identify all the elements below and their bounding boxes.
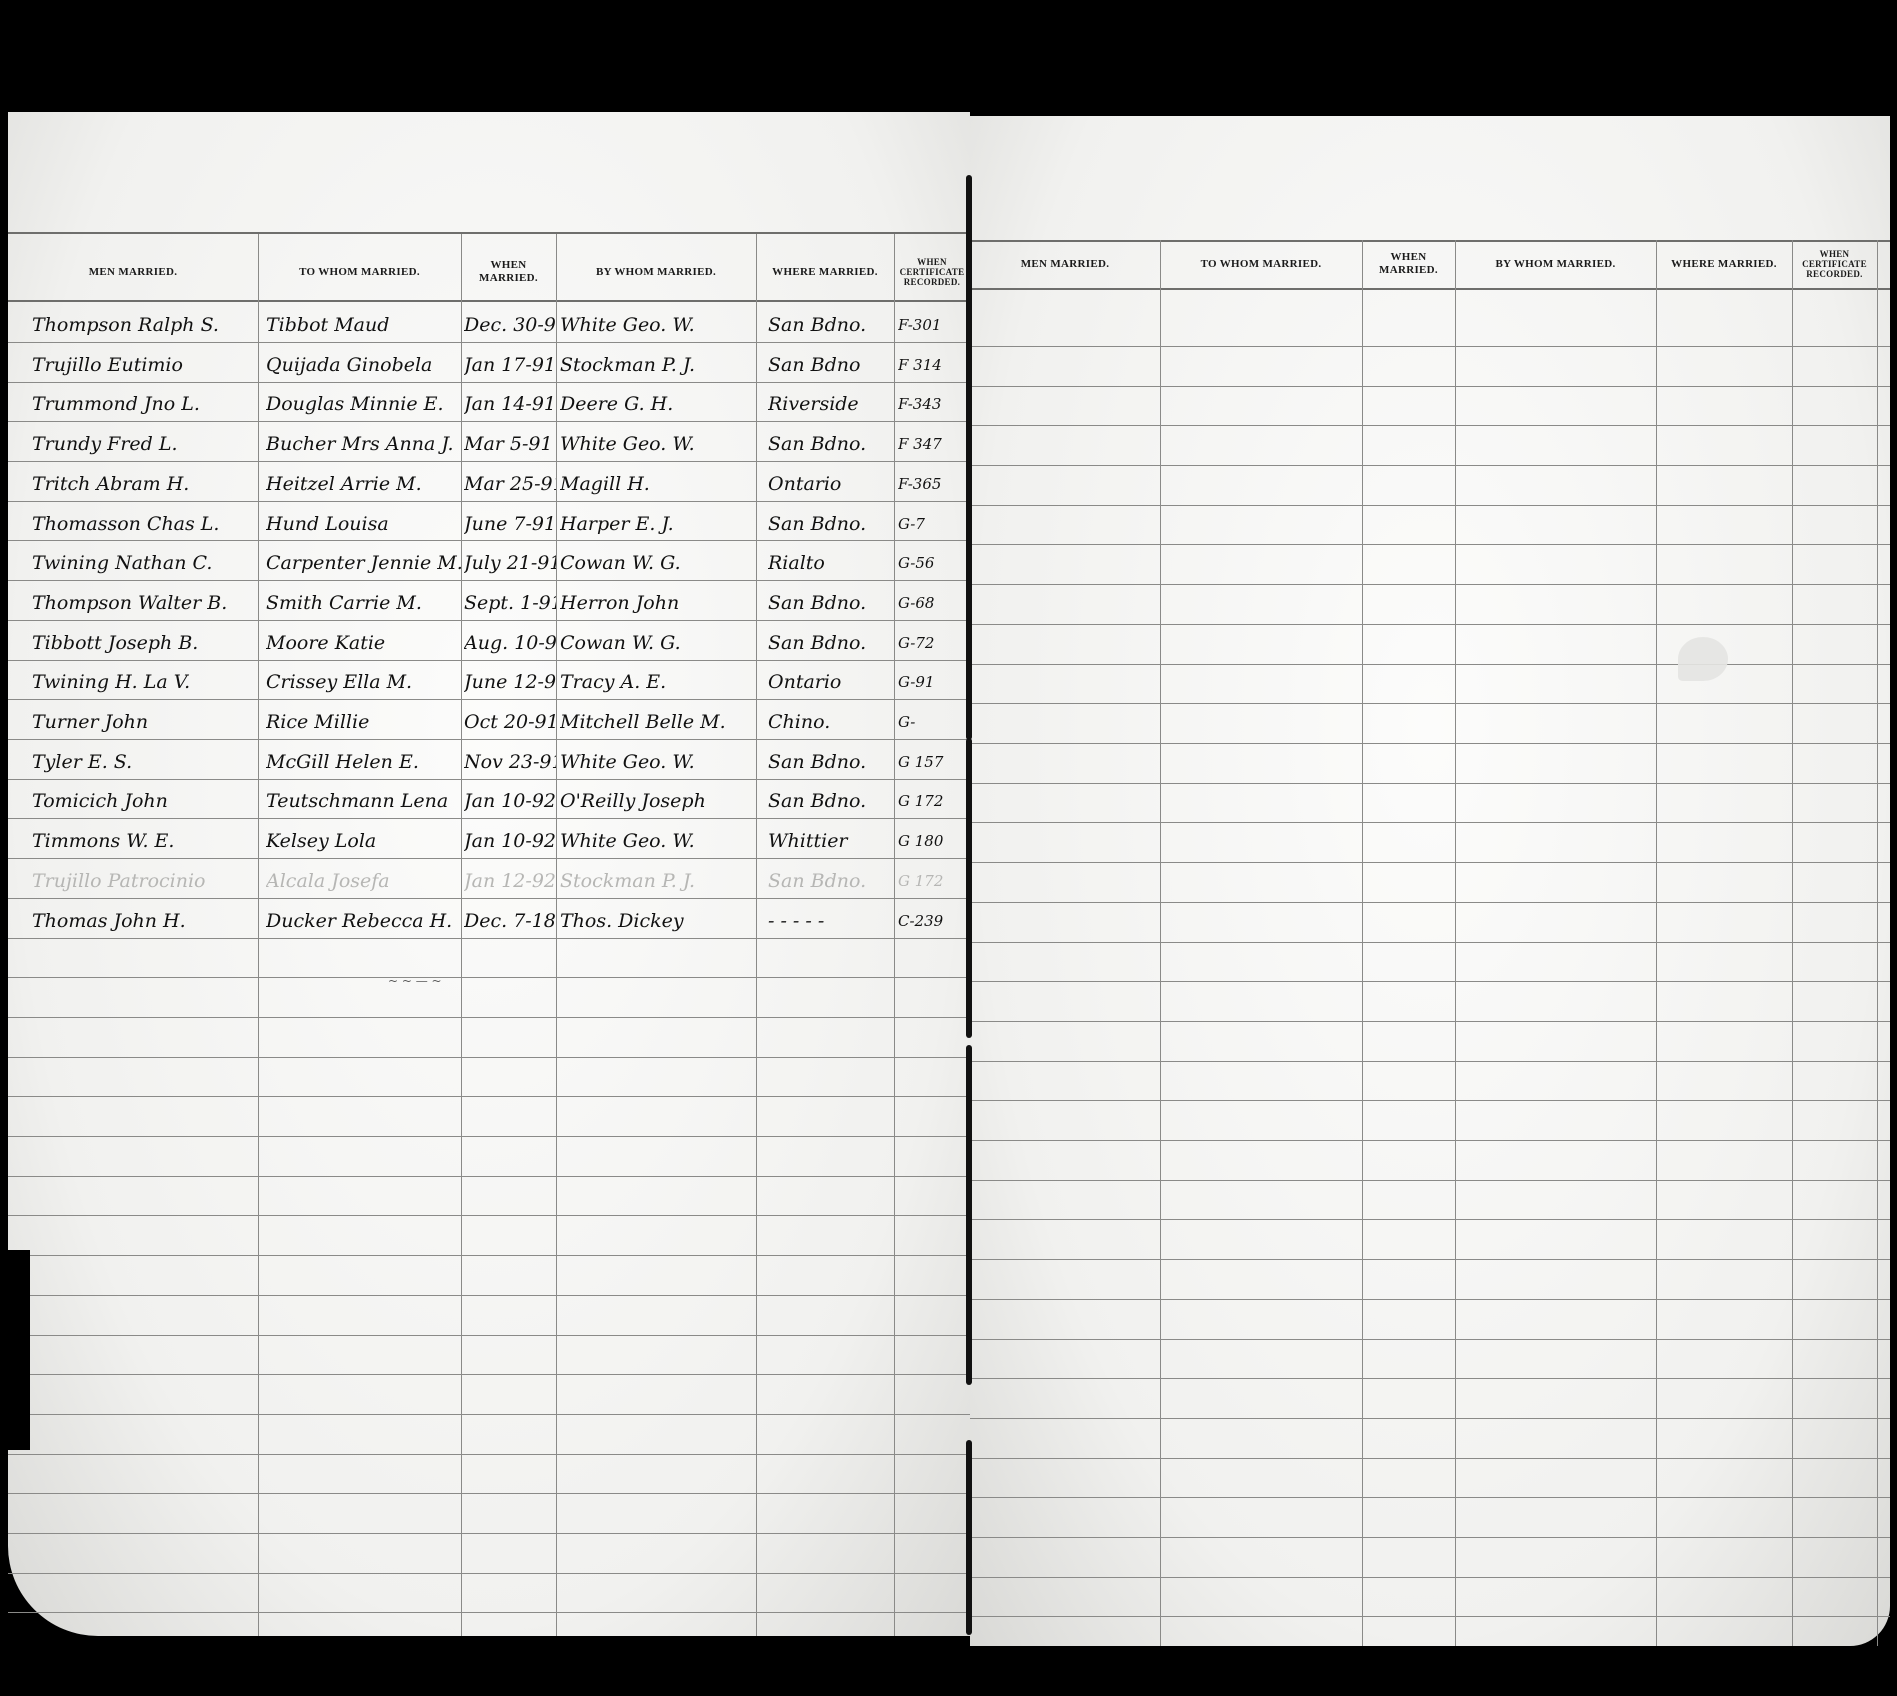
cell-where: Whittier	[768, 821, 894, 861]
cell-men: Thompson Walter B.	[32, 583, 258, 623]
cell-where: Chino.	[768, 702, 894, 742]
ruled-line	[970, 1180, 1890, 1181]
ruled-line	[970, 1061, 1890, 1062]
column-divider	[1656, 240, 1657, 1646]
binding-thread	[966, 350, 972, 740]
ruled-line	[970, 902, 1890, 903]
paper-stain	[1678, 637, 1728, 681]
cell-men: Trummond Jno L.	[32, 384, 258, 424]
ruled-line	[8, 1017, 970, 1018]
ruled-line	[970, 862, 1890, 863]
cell-men: Trundy Fred L.	[32, 424, 258, 464]
cell-where: Rialto	[768, 543, 894, 583]
cell-by-whom: Thos. Dickey	[560, 901, 756, 941]
ruled-line	[8, 977, 970, 978]
cell-men: Tyler E. S.	[32, 742, 258, 782]
cell-men: Trujillo Patrocinio	[32, 861, 258, 901]
table-row: Twining Nathan C.Carpenter Jennie M.July…	[8, 543, 970, 583]
cell-where: San Bdno.	[768, 504, 894, 544]
cell-by-whom: Mitchell Belle M.	[560, 702, 756, 742]
table-row: Thomasson Chas L.Hund LouisaJune 7-91Har…	[8, 504, 970, 544]
cell-where: San Bdno.	[768, 583, 894, 623]
ruled-line	[970, 942, 1890, 943]
cell-when: Nov 23-91	[464, 742, 556, 782]
cell-men: Tibbott Joseph B.	[32, 623, 258, 663]
ruled-line	[970, 1299, 1890, 1300]
cell-by-whom: White Geo. W.	[560, 424, 756, 464]
ruled-line	[970, 1577, 1890, 1578]
ruled-line	[8, 1493, 970, 1494]
cell-when: Dec. 30-90	[464, 305, 556, 345]
table-row: Tyler E. S.McGill Helen E.Nov 23-91White…	[8, 742, 970, 782]
ruled-line	[970, 1378, 1890, 1379]
column-divider	[1362, 240, 1363, 1646]
ruled-line	[970, 584, 1890, 585]
header-certificate-recorded: WHEN CERTIFICATE RECORDED.	[894, 242, 970, 302]
cell-cert: C-239	[898, 901, 970, 941]
table-row: Thompson Walter B.Smith Carrie M.Sept. 1…	[8, 583, 970, 623]
ruled-line	[970, 1140, 1890, 1141]
cell-to-whom: Ducker Rebecca H.	[266, 901, 461, 941]
cell-when: Aug. 10-91	[464, 623, 556, 663]
cell-when: Jan 10-92	[464, 821, 556, 861]
cell-cert: G 172	[898, 861, 970, 901]
cell-men: Thomasson Chas L.	[32, 504, 258, 544]
cell-to-whom: Smith Carrie M.	[266, 583, 461, 623]
ruled-line	[970, 743, 1890, 744]
cell-by-whom: Herron John	[560, 583, 756, 623]
cell-men: Twining H. La V.	[32, 662, 258, 702]
cell-to-whom: Quijada Ginobela	[266, 345, 461, 385]
page-curl-shadow	[0, 1250, 30, 1450]
table-row: Thomas John H.Ducker Rebecca H.Dec. 7-18…	[8, 901, 970, 941]
ruled-line	[970, 1100, 1890, 1101]
cell-to-whom: Moore Katie	[266, 623, 461, 663]
ruled-line	[970, 425, 1890, 426]
cell-when: June 12-91	[464, 662, 556, 702]
cell-cert: F-301	[898, 305, 970, 345]
cell-where: Riverside	[768, 384, 894, 424]
column-divider	[1455, 240, 1456, 1646]
ruled-line	[970, 386, 1890, 387]
ruled-line	[8, 1136, 970, 1137]
cell-cert: F-343	[898, 384, 970, 424]
stray-pen-mark: ~ ~ — ~	[388, 974, 442, 988]
cell-where: San Bdno.	[768, 742, 894, 782]
cell-men: Turner John	[32, 702, 258, 742]
cell-by-whom: Stockman P. J.	[560, 861, 756, 901]
header-certificate-recorded: WHEN CERTIFICATE RECORDED.	[1792, 240, 1877, 288]
cell-cert: F 347	[898, 424, 970, 464]
cell-men: Thomas John H.	[32, 901, 258, 941]
ruled-line	[970, 465, 1890, 466]
ruled-line	[970, 1259, 1890, 1260]
table-row: Turner JohnRice MillieOct 20-91Mitchell …	[8, 702, 970, 742]
cell-where: San Bdno.	[768, 424, 894, 464]
ruled-line	[970, 703, 1890, 704]
cell-when: Mar 25-91	[464, 464, 556, 504]
table-row: Trummond Jno L.Douglas Minnie E.Jan 14-9…	[8, 384, 970, 424]
cell-men: Thompson Ralph S.	[32, 305, 258, 345]
cell-to-whom: Kelsey Lola	[266, 821, 461, 861]
ruled-line	[970, 346, 1890, 347]
column-divider	[1160, 240, 1161, 1646]
column-divider	[1877, 240, 1878, 1646]
header-where-married: WHERE MARRIED.	[756, 242, 894, 302]
cell-cert: G 180	[898, 821, 970, 861]
ruled-line	[8, 1176, 970, 1177]
cell-to-whom: Teutschmann Lena	[266, 781, 461, 821]
header-bottom-rule	[970, 288, 1890, 290]
ruled-line	[970, 1418, 1890, 1419]
ruled-line	[970, 1021, 1890, 1022]
right-ledger-page: MEN MARRIED. TO WHOM MARRIED. WHEN MARRI…	[970, 116, 1890, 1646]
cell-when: Jan 14-91	[464, 384, 556, 424]
table-row: Trundy Fred L.Bucher Mrs Anna J.Mar 5-91…	[8, 424, 970, 464]
cell-by-whom: Magill H.	[560, 464, 756, 504]
cell-by-whom: White Geo. W.	[560, 742, 756, 782]
header-by-whom-married: BY WHOM MARRIED.	[556, 242, 756, 302]
cell-cert: F-365	[898, 464, 970, 504]
binding-thread	[966, 738, 972, 1038]
ruled-line	[970, 505, 1890, 506]
cell-men: Tritch Abram H.	[32, 464, 258, 504]
cell-when: June 7-91	[464, 504, 556, 544]
header-when-married: WHEN MARRIED.	[461, 242, 556, 302]
ruled-line	[970, 544, 1890, 545]
ruled-line	[8, 1096, 970, 1097]
cell-cert: G-68	[898, 583, 970, 623]
cell-to-whom: Tibbot Maud	[266, 305, 461, 345]
cell-to-whom: Bucher Mrs Anna J.	[266, 424, 461, 464]
left-ledger-page: MEN MARRIED. TO WHOM MARRIED. WHEN MARRI…	[8, 112, 970, 1636]
cell-men: Tomicich John	[32, 781, 258, 821]
cell-cert: G-7	[898, 504, 970, 544]
table-row: Tibbott Joseph B.Moore KatieAug. 10-91Co…	[8, 623, 970, 663]
header-top-rule	[8, 232, 970, 234]
table-row: Twining H. La V.Crissey Ella M.June 12-9…	[8, 662, 970, 702]
binding-thread	[966, 1440, 972, 1635]
cell-when: Dec. 7-1865	[464, 901, 556, 941]
cell-to-whom: Carpenter Jennie M.	[266, 543, 461, 583]
ruled-line	[8, 1374, 970, 1375]
cell-by-whom: Deere G. H.	[560, 384, 756, 424]
cell-where: Ontario	[768, 464, 894, 504]
cell-where: San Bdno.	[768, 623, 894, 663]
ruled-line	[8, 1215, 970, 1216]
ruled-line	[970, 664, 1890, 665]
ruled-line	[970, 1458, 1890, 1459]
header-where-married: WHERE MARRIED.	[1656, 240, 1792, 288]
cell-where: San Bdno	[768, 345, 894, 385]
table-row: Trujillo EutimioQuijada GinobelaJan 17-9…	[8, 345, 970, 385]
ruled-line	[8, 1573, 970, 1574]
ruled-line	[8, 1414, 970, 1415]
cell-by-whom: Harper E. J.	[560, 504, 756, 544]
ruled-line	[970, 1537, 1890, 1538]
ruled-line	[8, 1335, 970, 1336]
ruled-line	[8, 1454, 970, 1455]
binding-thread	[966, 1045, 972, 1385]
ruled-line	[8, 1533, 970, 1534]
column-divider	[1792, 240, 1793, 1646]
cell-cert: G 157	[898, 742, 970, 782]
cell-where: San Bdno.	[768, 305, 894, 345]
cell-cert: G-56	[898, 543, 970, 583]
ruled-line	[970, 1339, 1890, 1340]
cell-when: Jan 17-91	[464, 345, 556, 385]
cell-by-whom: O'Reilly Joseph	[560, 781, 756, 821]
cell-when: Jan 10-92	[464, 781, 556, 821]
cell-where: San Bdno.	[768, 861, 894, 901]
cell-by-whom: Cowan W. G.	[560, 543, 756, 583]
ruled-line	[8, 1612, 970, 1613]
cell-to-whom: Rice Millie	[266, 702, 461, 742]
ruled-line	[8, 1057, 970, 1058]
ruled-line	[970, 1219, 1890, 1220]
cell-where: Ontario	[768, 662, 894, 702]
cell-when: Jan 12-92	[464, 861, 556, 901]
cell-by-whom: White Geo. W.	[560, 305, 756, 345]
table-row: Tomicich JohnTeutschmann LenaJan 10-92O'…	[8, 781, 970, 821]
cell-men: Twining Nathan C.	[32, 543, 258, 583]
cell-where: San Bdno.	[768, 781, 894, 821]
header-men-married: MEN MARRIED.	[970, 240, 1160, 288]
ruled-line	[970, 624, 1890, 625]
ruled-line	[970, 981, 1890, 982]
cell-men: Timmons W. E.	[32, 821, 258, 861]
header-men-married: MEN MARRIED.	[8, 242, 258, 302]
header-to-whom-married: TO WHOM MARRIED.	[1160, 240, 1362, 288]
cell-when: July 21-91	[464, 543, 556, 583]
cell-men: Trujillo Eutimio	[32, 345, 258, 385]
cell-cert: G-91	[898, 662, 970, 702]
header-to-whom-married: TO WHOM MARRIED.	[258, 242, 461, 302]
header-by-whom-married: BY WHOM MARRIED.	[1455, 240, 1656, 288]
table-row: Timmons W. E.Kelsey LolaJan 10-92White G…	[8, 821, 970, 861]
ruled-line	[970, 1616, 1890, 1617]
table-row: Tritch Abram H.Heitzel Arrie M.Mar 25-91…	[8, 464, 970, 504]
cell-cert: G-	[898, 702, 970, 742]
cell-to-whom: Alcala Josefa	[266, 861, 461, 901]
ruled-line	[970, 1497, 1890, 1498]
cell-when: Oct 20-91	[464, 702, 556, 742]
cell-to-whom: Hund Louisa	[266, 504, 461, 544]
cell-by-whom: Stockman P. J.	[560, 345, 756, 385]
cell-to-whom: McGill Helen E.	[266, 742, 461, 782]
cell-to-whom: Heitzel Arrie M.	[266, 464, 461, 504]
cell-cert: G 172	[898, 781, 970, 821]
cell-cert: G-72	[898, 623, 970, 663]
cell-to-whom: Crissey Ella M.	[266, 662, 461, 702]
table-row: Trujillo PatrocinioAlcala JosefaJan 12-9…	[8, 861, 970, 901]
cell-to-whom: Douglas Minnie E.	[266, 384, 461, 424]
cell-by-whom: Cowan W. G.	[560, 623, 756, 663]
cell-by-whom: White Geo. W.	[560, 821, 756, 861]
cell-by-whom: Tracy A. E.	[560, 662, 756, 702]
ruled-line	[970, 783, 1890, 784]
table-row: Thompson Ralph S.Tibbot MaudDec. 30-90Wh…	[8, 305, 970, 345]
cell-when: Mar 5-91	[464, 424, 556, 464]
cell-where: - - - - -	[768, 901, 894, 941]
ruled-line	[8, 1255, 970, 1256]
header-when-married: WHEN MARRIED.	[1362, 240, 1455, 288]
ruled-line	[8, 1295, 970, 1296]
ruled-line	[970, 822, 1890, 823]
cell-cert: F 314	[898, 345, 970, 385]
cell-when: Sept. 1-91	[464, 583, 556, 623]
